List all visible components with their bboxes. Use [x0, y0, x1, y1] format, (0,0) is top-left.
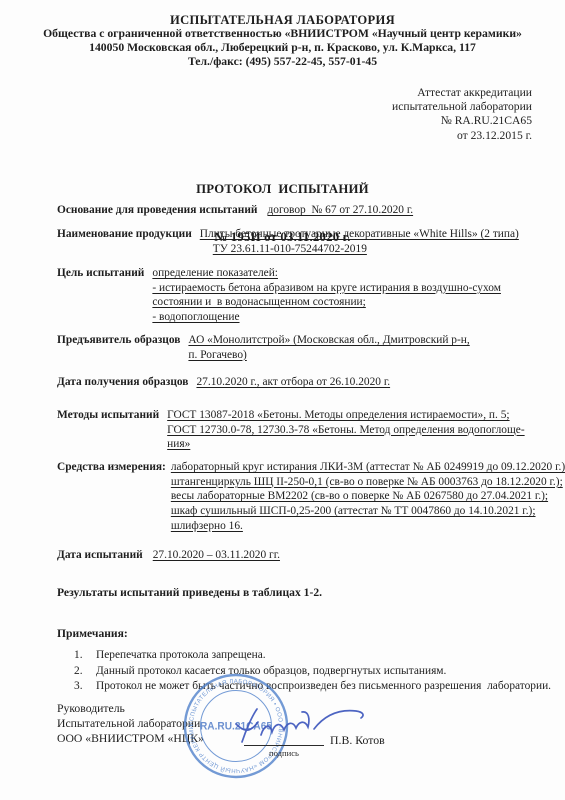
notes-title: Примечания:: [57, 627, 128, 640]
field-methods-value-line: ГОСТ 12730.0-78, 12730.3-78 «Бетоны. Мет…: [167, 423, 524, 438]
field-instruments-value-line: штангенциркуль ШЦ II-250-0,1 (св-во о по…: [171, 475, 559, 490]
field-instruments-value-line: шлифзерно 16.: [171, 519, 559, 534]
field-presenter-value-line: АО «Монолитстрой» (Московская обл., Дмит…: [188, 333, 469, 348]
letterhead-phone: Тел./факс: (495) 557-22-45, 557-01-45: [0, 55, 565, 69]
field-purpose: Цель испытаний определение показателей: …: [57, 266, 559, 325]
field-instruments-label: Средства измерения:: [57, 460, 166, 475]
field-test-dates-label: Дата испытаний: [57, 548, 143, 563]
document-title-line1: ПРОТОКОЛ ИСПЫТАНИЙ: [0, 181, 565, 197]
note-text: Перепечатка протокола запрещена.: [96, 648, 266, 664]
field-basis-value: договор № 67 от 27.10.2020 г.: [267, 203, 413, 218]
field-basis: Основание для проведения испытаний догов…: [57, 203, 559, 218]
field-presenter-label: Предъявитель образцов: [57, 333, 180, 348]
field-methods-label: Методы испытаний: [57, 408, 159, 423]
field-product: Наименование продукции Плиты бетонные тр…: [57, 227, 559, 256]
field-purpose-value-line: состоянии и в водонасыщенном состоянии;: [152, 295, 501, 310]
signature-line: [244, 745, 324, 746]
field-test-dates: Дата испытаний 27.10.2020 – 03.11.2020 г…: [57, 548, 559, 563]
field-test-dates-value: 27.10.2020 – 03.11.2020 гг.: [153, 548, 280, 563]
accreditation-date: от 23.12.2015 г.: [392, 129, 532, 143]
field-purpose-value-line: - водопоглощение: [152, 310, 501, 325]
note-item: 1. Перепечатка протокола запрещена.: [74, 648, 551, 664]
field-instruments: Средства измерения: лабораторный круг ис…: [57, 460, 559, 534]
document-page: ИСПЫТАТЕЛЬНАЯ ЛАБОРАТОРИЯ Общества с огр…: [0, 0, 565, 800]
results-note: Результаты испытаний приведены в таблица…: [57, 586, 322, 599]
field-purpose-value-line: определение показателей:: [152, 266, 501, 281]
field-instruments-value-line: весы лабораторные ВМ2202 (св-во о поверк…: [171, 489, 559, 504]
note-item: 3. Протокол не может быть частично воспр…: [74, 679, 551, 695]
note-text: Протокол не может быть частично воспроиз…: [96, 679, 551, 695]
field-basis-label: Основание для проведения испытаний: [57, 203, 257, 218]
note-number: 3.: [74, 679, 96, 695]
signatory-role-line: Испытательной лаборатории: [57, 716, 204, 731]
field-samples-received-label: Дата получения образцов: [57, 375, 188, 390]
field-methods-value-line: ГОСТ 13087-2018 «Бетоны. Методы определе…: [167, 408, 524, 423]
letterhead: ИСПЫТАТЕЛЬНАЯ ЛАБОРАТОРИЯ Общества с огр…: [0, 13, 565, 69]
signatory-role: Руководитель Испытательной лаборатории О…: [57, 701, 204, 747]
notes-list: 1. Перепечатка протокола запрещена. 2. Д…: [74, 648, 551, 695]
field-methods-value-line: ния»: [167, 437, 524, 452]
note-item: 2. Данный протокол касается только образ…: [74, 664, 551, 680]
letterhead-org-type: ИСПЫТАТЕЛЬНАЯ ЛАБОРАТОРИЯ: [0, 13, 565, 27]
note-number: 2.: [74, 664, 96, 680]
field-presenter-value-line: п. Рогачево): [188, 348, 469, 363]
accreditation-number: № RA.RU.21CA65: [392, 114, 532, 128]
field-samples-received: Дата получения образцов 27.10.2020 г., а…: [57, 375, 559, 390]
signatory-role-line: Руководитель: [57, 701, 204, 716]
field-presenter: Предъявитель образцов АО «Монолитстрой» …: [57, 333, 559, 362]
letterhead-org-name: Общества с ограниченной ответственностью…: [0, 27, 565, 41]
field-product-value-line: Плиты бетонные тротуарные декоративные «…: [200, 227, 519, 242]
signature-caption: подпись: [238, 748, 330, 758]
signatory-role-line: ООО «ВНИИСТРОМ «НЦК»: [57, 731, 204, 746]
field-instruments-value-line: лабораторный круг истирания ЛКИ-3М (атте…: [171, 460, 559, 475]
field-samples-received-value: 27.10.2020 г., акт отбора от 26.10.2020 …: [196, 375, 390, 390]
note-text: Данный протокол касается только образцов…: [96, 664, 446, 680]
letterhead-address: 140050 Московская обл., Люберецкий р-н, …: [0, 41, 565, 55]
field-purpose-value-line: - истираемость бетона абразивом на круге…: [152, 281, 501, 296]
field-product-value-line: ТУ 23.61.11-010-75244702-2019: [200, 242, 519, 257]
field-product-label: Наименование продукции: [57, 227, 192, 242]
accreditation-block: Аттестат аккредитации испытательной лабо…: [392, 86, 532, 143]
accreditation-line: испытательной лаборатории: [392, 100, 532, 114]
stamp-center-text: RA.RU.21CA65: [200, 721, 272, 733]
note-number: 1.: [74, 648, 96, 664]
field-instruments-value-line: шкаф сушильный ШСП-0,25-200 (аттестат № …: [171, 504, 559, 519]
field-methods: Методы испытаний ГОСТ 13087-2018 «Бетоны…: [57, 408, 559, 452]
accreditation-line: Аттестат аккредитации: [392, 86, 532, 100]
field-purpose-label: Цель испытаний: [57, 266, 144, 281]
signatory-name: П.В. Котов: [330, 733, 385, 748]
